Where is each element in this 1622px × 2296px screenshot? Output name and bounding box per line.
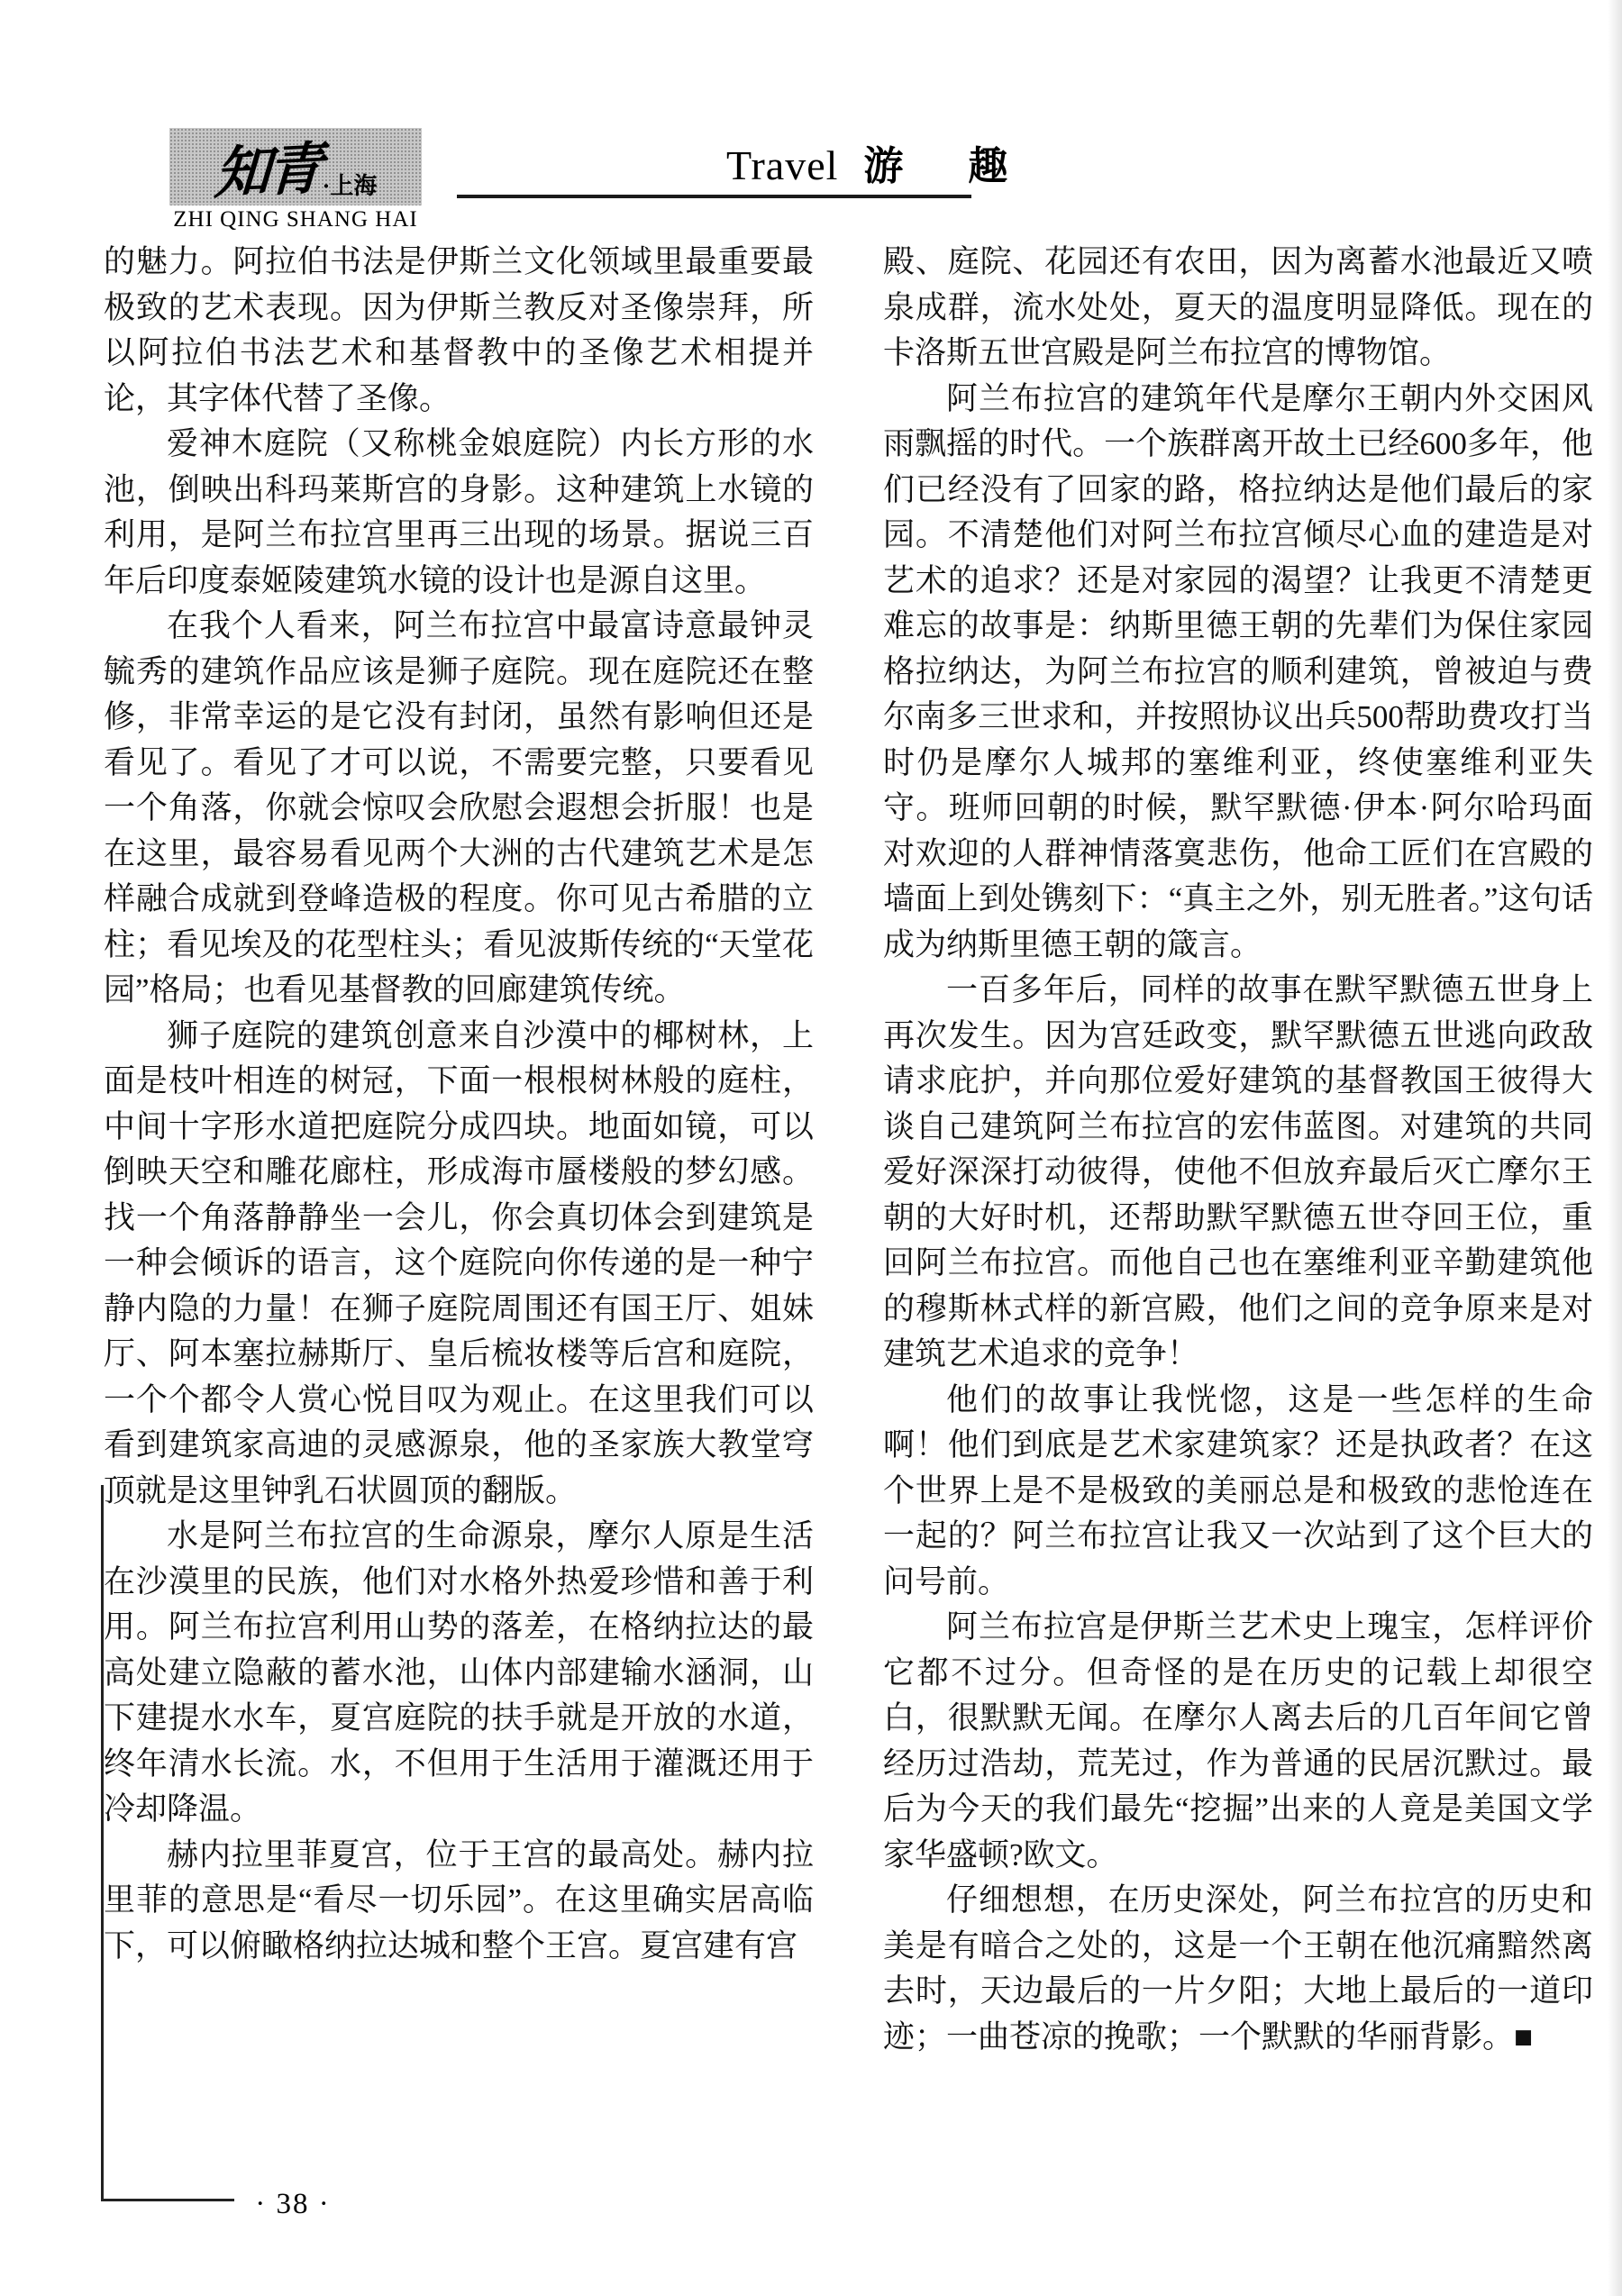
paragraph: 赫内拉里菲夏宫，位于王宫的最高处。赫内拉里菲的意思是“看尽一切乐园”。在这里确实… bbox=[104, 1833, 814, 1970]
article-body: 的魅力。阿拉伯书法是伊斯兰文化领域里最重要最极致的艺术表现。因为伊斯兰教反对圣像… bbox=[104, 240, 1593, 2060]
header-rule bbox=[457, 195, 971, 198]
magazine-logo: 知青 ·上海 bbox=[169, 128, 422, 205]
corner-bracket-horizontal-line bbox=[101, 2199, 234, 2201]
page-number: · 38 · bbox=[230, 2188, 356, 2221]
logo-city-text: ·上海 bbox=[323, 173, 378, 200]
paragraph: 爱神木庭院（又称桃金娘庭院）内长方形的水池，倒映出科玛莱斯宫的身影。这种建筑上水… bbox=[104, 422, 814, 604]
paragraph: 仔细想想，在历史深处，阿兰布拉宫的历史和美是有暗合之处的，这是一个王朝在他沉痛黯… bbox=[883, 1878, 1593, 2060]
paragraph: 一百多年后，同样的故事在默罕默德五世身上再次发生。因为宫廷政变，默罕默德五世逃向… bbox=[883, 968, 1593, 1378]
paragraph: 狮子庭院的建筑创意来自沙漠中的椰树林，上面是枝叶相连的树冠，下面一根根树林般的庭… bbox=[104, 1014, 814, 1515]
scan-edge-shadow bbox=[1608, 0, 1622, 2296]
section-title-english: Travel bbox=[726, 142, 838, 188]
paragraph: 他们的故事让我恍惚，这是一些怎样的生命啊！他们到底是艺术家建筑家？还是执政者？在… bbox=[883, 1378, 1593, 1606]
paragraph: 在我个人看来，阿兰布拉宫中最富诗意最钟灵毓秀的建筑作品应该是狮子庭院。现在庭院还… bbox=[104, 604, 814, 1014]
section-title-chinese: 游 趣 bbox=[863, 144, 1020, 188]
section-title: Travel游 趣 bbox=[726, 133, 1020, 191]
logo-caption: ZHI QING SHANG HAI bbox=[164, 207, 427, 232]
corner-bracket-vertical-line bbox=[101, 1485, 104, 2201]
right-column: 殿、庭院、花园还有农田，因为离蓄水池最近又喷泉成群，流水处处，夏天的温度明显降低… bbox=[883, 240, 1593, 2060]
paragraph: 水是阿兰布拉宫的生命源泉，摩尔人原是生活在沙漠里的民族，他们对水格外热爱珍惜和善… bbox=[104, 1514, 814, 1833]
paragraph: 的魅力。阿拉伯书法是伊斯兰文化领域里最重要最极致的艺术表现。因为伊斯兰教反对圣像… bbox=[104, 240, 814, 422]
magazine-page: 知青 ·上海 ZHI QING SHANG HAI Travel游 趣 的魅力。… bbox=[0, 0, 1622, 2296]
paragraph: 阿兰布拉宫的建筑年代是摩尔王朝内外交困风雨飘摇的时代。一个族群离开故土已经600… bbox=[883, 377, 1593, 969]
paragraph: 殿、庭院、花园还有农田，因为离蓄水池最近又喷泉成群，流水处处，夏天的温度明显降低… bbox=[883, 240, 1593, 377]
left-column: 的魅力。阿拉伯书法是伊斯兰文化领域里最重要最极致的艺术表现。因为伊斯兰教反对圣像… bbox=[104, 240, 814, 2060]
paragraph: 阿兰布拉宫是伊斯兰艺术史上瑰宝，怎样评价它都不过分。但奇怪的是在历史的记载上却很… bbox=[883, 1605, 1593, 1878]
logo-calligraphy-text: 知青 bbox=[213, 141, 320, 203]
